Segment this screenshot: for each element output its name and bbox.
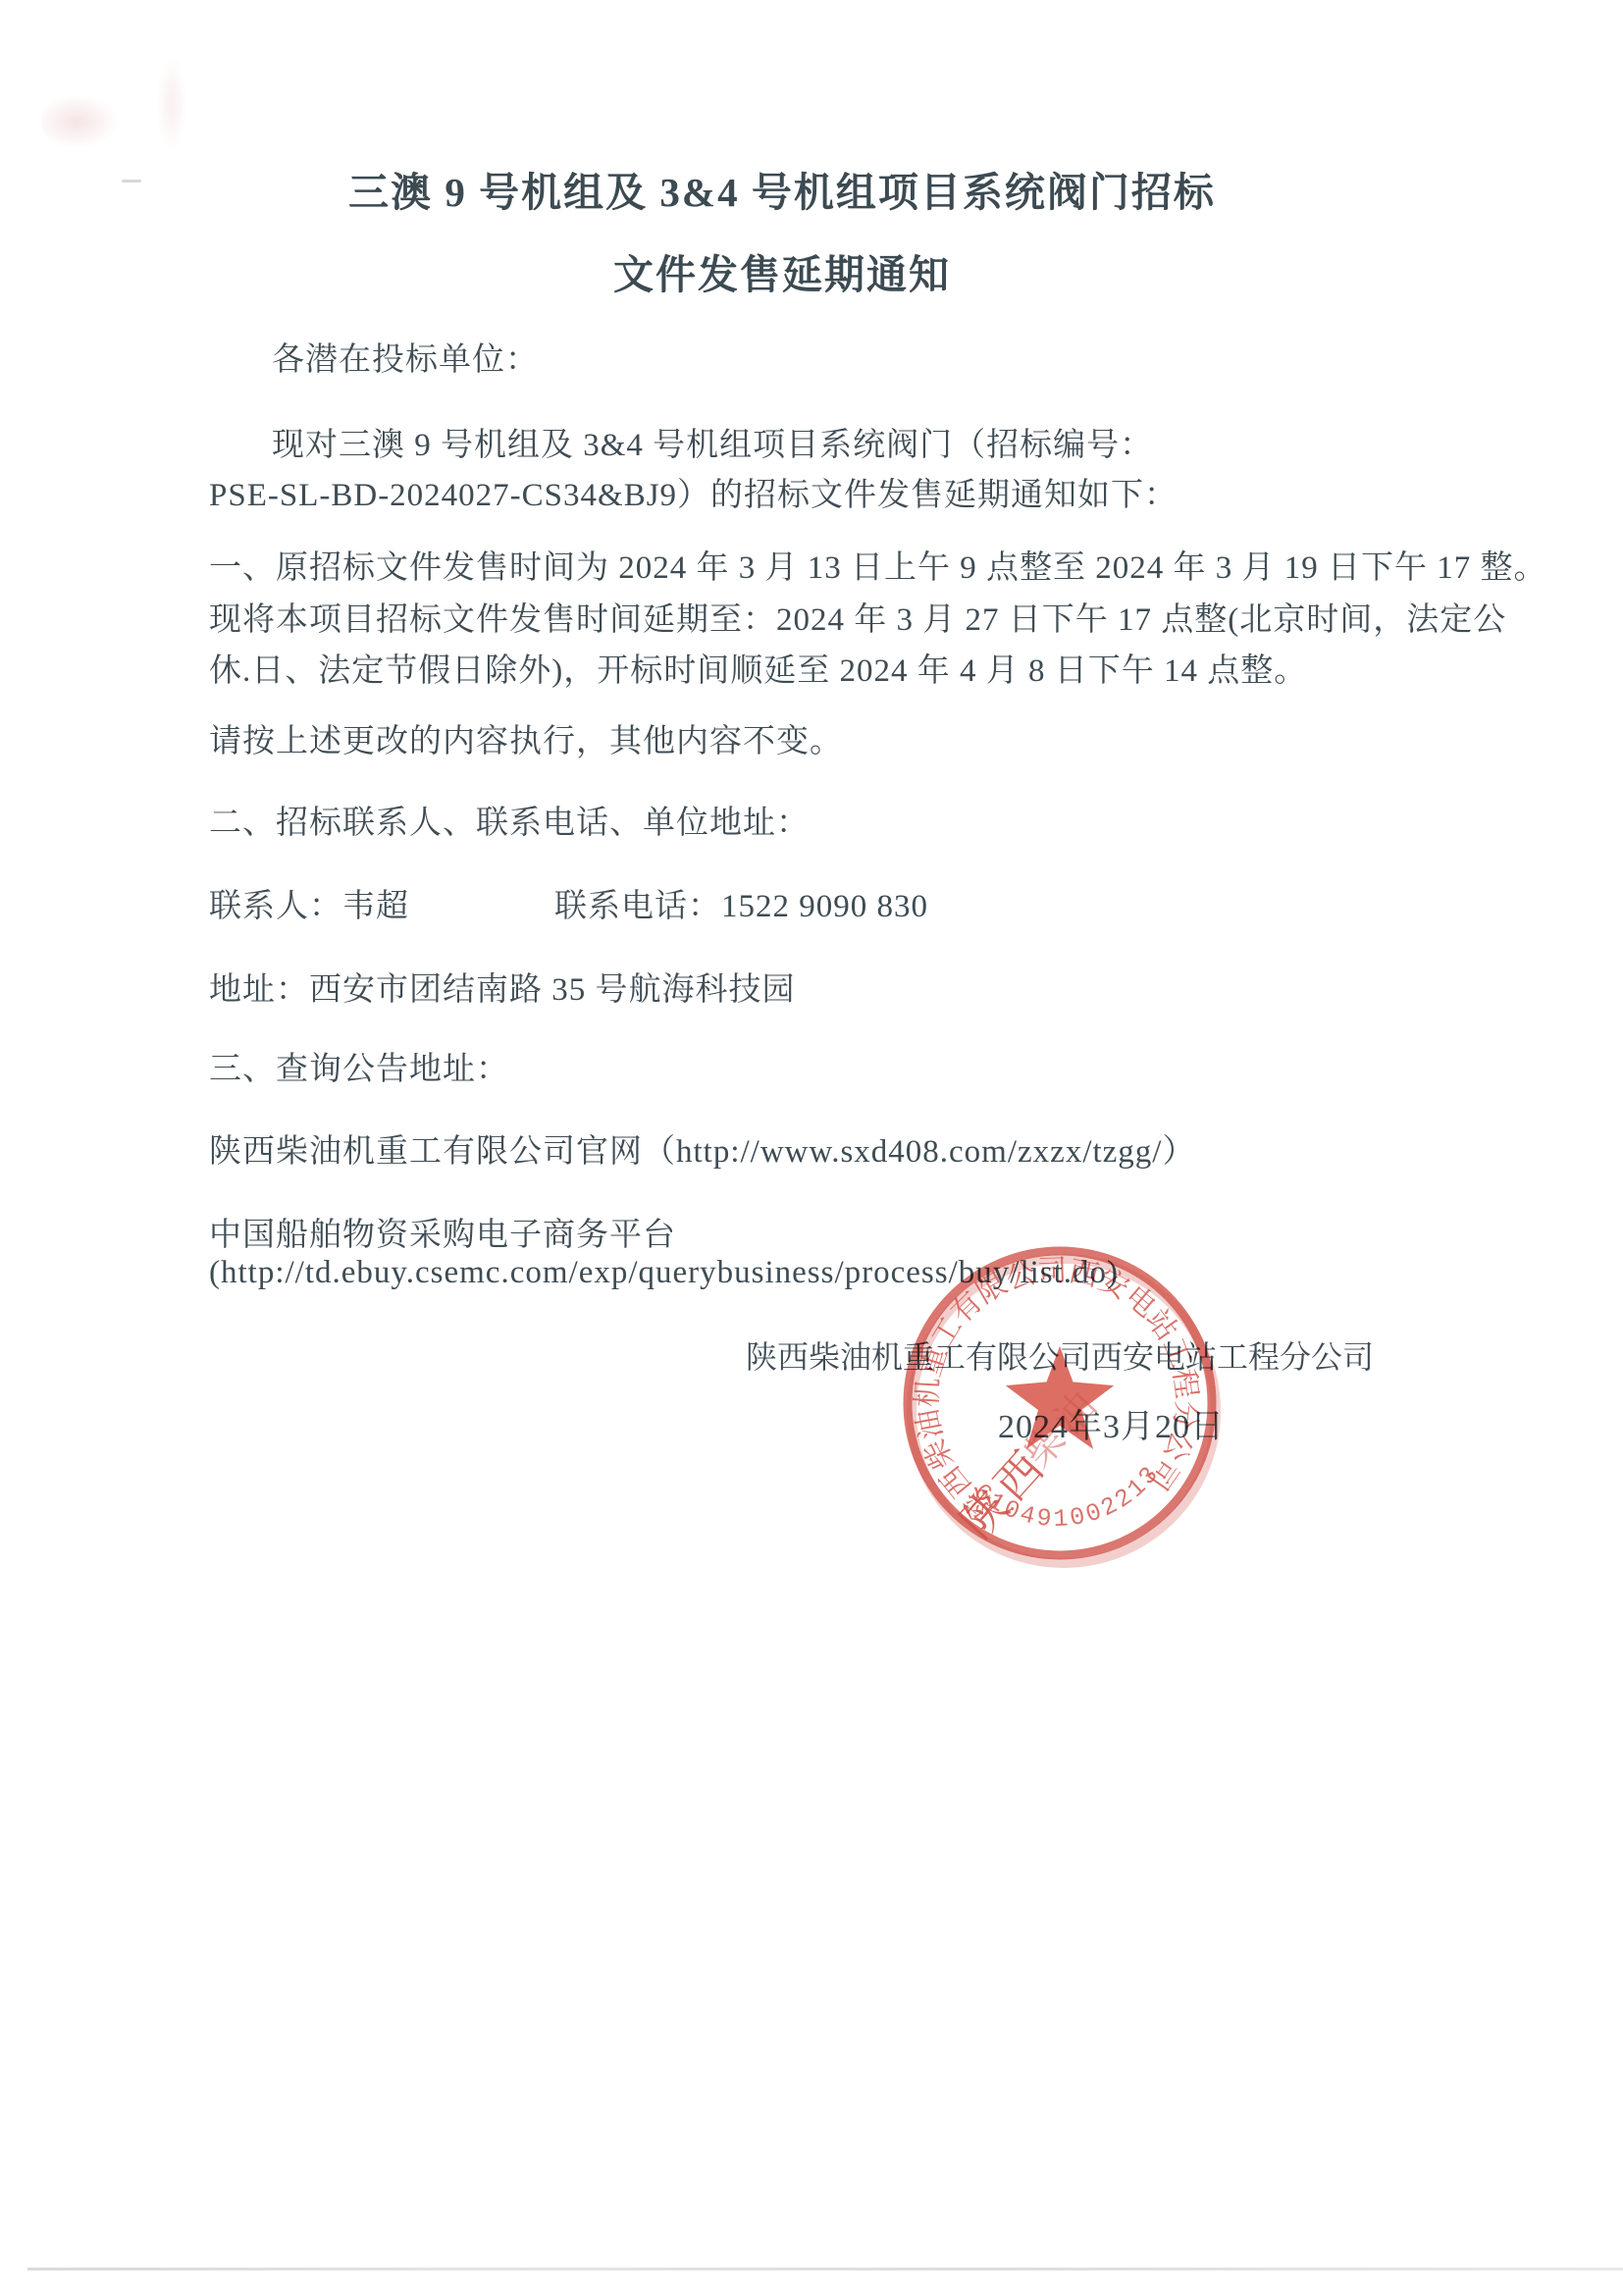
section3-heading: 三、查询公告地址： bbox=[209, 1043, 509, 1089]
address-line: 地址：西安市团结南路 35 号航海科技园 bbox=[209, 964, 796, 1010]
section1-line3: 休.日、法定节假日除外)，开标时间顺延至 2024 年 4 月 8 日下午 14… bbox=[209, 645, 1307, 691]
section1-line1: 一、原招标文件发售时间为 2024 年 3 月 13 日上午 9 点整至 202… bbox=[209, 542, 1547, 588]
intro-line1: 现对三澳 9 号机组及 3&4 号机组项目系统阀门（招标编号： bbox=[272, 419, 1153, 465]
note-line: 请按上述更改的内容执行，其他内容不变。 bbox=[209, 715, 843, 761]
contact-phone: 联系电话：1522 9090 830 bbox=[554, 889, 928, 924]
document-title-line2: 文件发售延期通知 bbox=[0, 242, 1564, 300]
scan-edge-line bbox=[27, 2268, 1623, 2270]
contact-person: 联系人：韦超 bbox=[209, 889, 409, 924]
salutation: 各潜在投标单位： bbox=[272, 334, 539, 380]
platform-name-line: 中国船舶物资采购电子商务平台 bbox=[209, 1209, 676, 1255]
scan-smudge bbox=[157, 57, 186, 151]
company-seal-stamp: 陕西柴油机重工有限公司西安电站工程分公司 6104910022133 柴油 陕西 bbox=[895, 1238, 1225, 1568]
contact-line: 联系人：韦超联系电话：1522 9090 830 bbox=[209, 880, 928, 926]
intro-line2: PSE-SL-BD-2024027-CS34&BJ9）的招标文件发售延期通知如下… bbox=[209, 469, 1178, 515]
section2-heading: 二、招标联系人、联系电话、单位地址： bbox=[209, 797, 810, 843]
document-title-line1: 三澳 9 号机组及 3&4 号机组项目系统阀门招标 bbox=[0, 160, 1564, 218]
scan-smudge bbox=[41, 94, 120, 149]
website-line: 陕西柴油机重工有限公司官网（http://www.sxd408.com/zxzx… bbox=[209, 1125, 1195, 1172]
section1-line2: 现将本项目招标文件发售时间延期至：2024 年 3 月 27 日下午 17 点整… bbox=[209, 594, 1506, 640]
scanned-notice-page: 三澳 9 号机组及 3&4 号机组项目系统阀门招标 文件发售延期通知 各潜在投标… bbox=[0, 0, 1623, 2296]
